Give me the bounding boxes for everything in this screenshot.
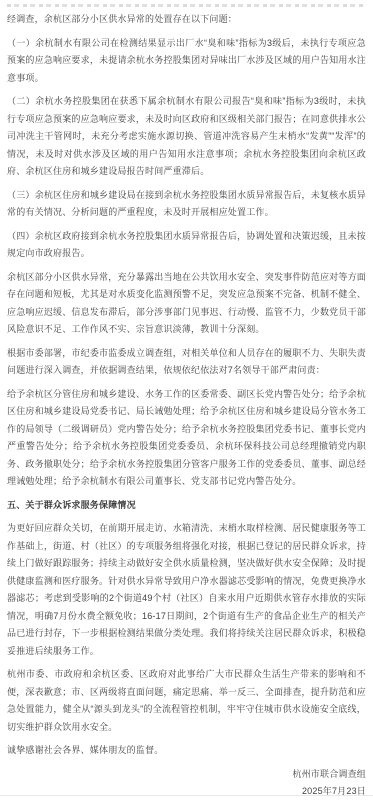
problem-item-4: （四）余杭区政府接到余杭水务控股集团水质异常报告后，协调处置和决策迟缓，且未按规… [7, 228, 366, 263]
document-body: 经调查，余杭区部分小区供水异常的处置存在以下问题：（一）余杭制水有限公司在检测结… [7, 11, 366, 760]
lessons-paragraph: 余杭区部分小区供水异常，充分暴露出当地在公共饮用水安全、突发事件防范应对等方面存… [7, 269, 366, 339]
service-measures-paragraph: 为更好回应群众关切，在前期开展走访、水箱清洗、末梢水取样检测、居民健康服务等工作… [7, 520, 366, 660]
accountability-intro: 根据市委部署，市纪委市监委成立调查组，对相关单位和人员存在的履职不力、失职失责问… [7, 345, 366, 380]
apology-paragraph: 杭州市委、市政府和余杭区委、区政府对此事给广大市民群众生活生产带来的影响和不便，… [7, 666, 366, 736]
accountability-detail: 给予余杭区分管住房和城乡建设、水务工作的区委常委、副区长党内警告处分；给予余杭区… [7, 386, 366, 491]
signature: 杭州市联合调查组 [7, 766, 366, 784]
signature-date: 2025年7月23日 [7, 783, 366, 800]
problem-item-2: （二）余杭水务控股集团在获悉下属余杭制水有限公司报告“臭和味”指标为3级时，未执… [7, 93, 366, 181]
announcement-document: 经调查，余杭区部分小区供水异常的处置存在以下问题：（一）余杭制水有限公司在检测结… [0, 0, 373, 800]
intro-paragraph: 经调查，余杭区部分小区供水异常的处置存在以下问题： [7, 11, 366, 29]
problem-item-1: （一）余杭制水有限公司在检测结果显示出厂水“臭和味”指标为3级后，未执行专项应急… [7, 35, 366, 88]
problem-item-3: （三）余杭区住房和城乡建设局在接到余杭水务控股集团水质异常报告后，未复核水质异常… [7, 187, 366, 222]
thanks-paragraph: 诚挚感谢社会各界、媒体朋友的监督。 [7, 742, 366, 760]
section-5-heading: 五、关于群众诉求服务保障情况 [7, 497, 366, 515]
clipped-text-remnant [7, 4, 364, 7]
bottom-divider [0, 795, 373, 796]
